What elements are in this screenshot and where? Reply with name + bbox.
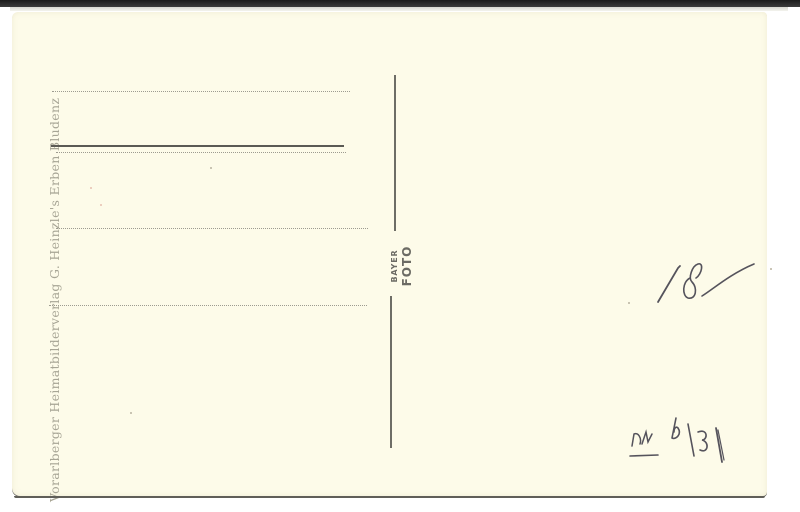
postcard-back: Vorarlberger Heimatbilderverlag G. Heinz…	[12, 12, 767, 496]
scan-shadow	[10, 7, 788, 11]
background-speck	[770, 268, 772, 270]
handwritten-date: 13/9 24	[612, 410, 742, 470]
dotted-line-2	[56, 152, 346, 153]
solid-line	[51, 145, 344, 147]
dotted-line-4	[49, 305, 367, 306]
dotted-line-3	[56, 228, 368, 229]
paper-speck	[100, 204, 102, 206]
paper-speck	[210, 167, 212, 169]
photographer-label: FOTO BAYER	[362, 236, 414, 296]
handwritten-date-strokes	[612, 410, 742, 470]
photographer-foto: FOTO	[400, 236, 414, 296]
paper-speck	[130, 412, 132, 414]
paper-speck	[628, 302, 630, 304]
center-divider-lower	[390, 296, 392, 448]
photographer-bayer: BAYER	[390, 236, 400, 296]
dotted-line-1	[52, 91, 350, 92]
center-divider-upper	[394, 75, 396, 231]
handwritten-number: 18	[652, 252, 762, 312]
paper-speck	[90, 187, 92, 189]
scan-top-edge	[0, 0, 800, 7]
handwritten-number-strokes	[652, 252, 762, 312]
publisher-imprint: Vorarlberger Heimatbilderverlag G. Heinz…	[47, 32, 67, 502]
